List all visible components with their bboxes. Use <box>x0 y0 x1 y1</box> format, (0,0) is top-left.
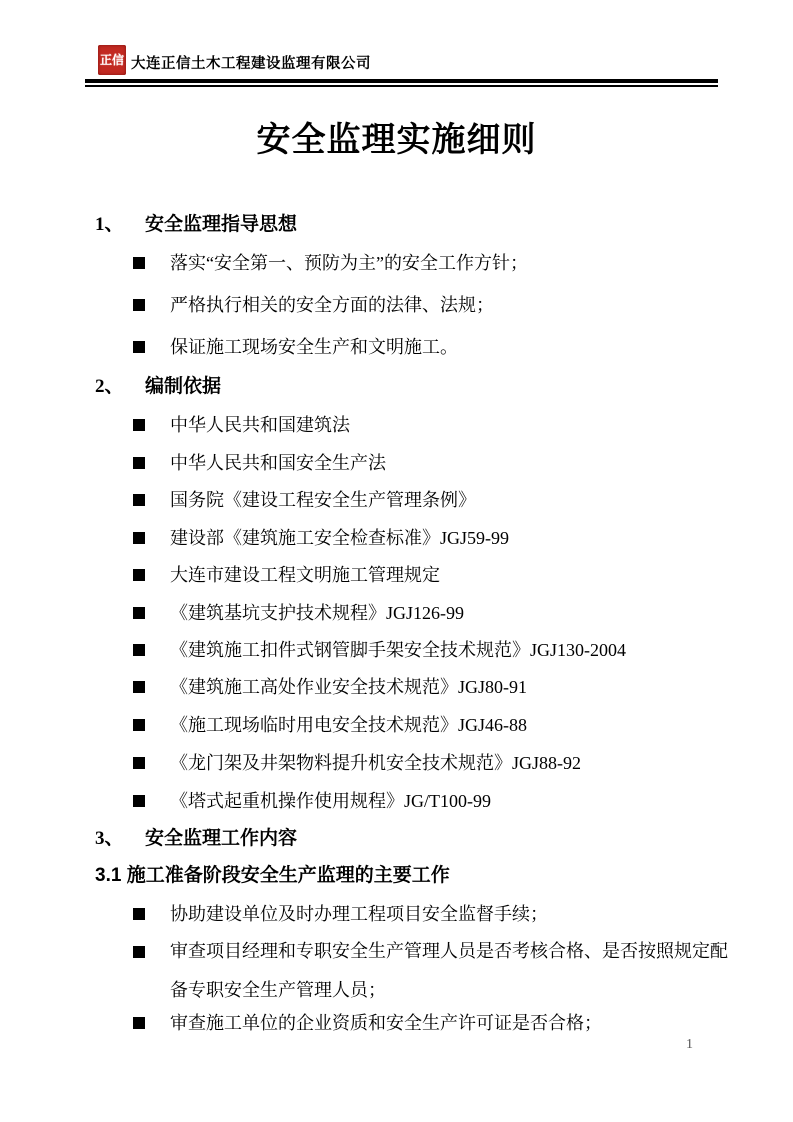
bullet-square-icon <box>133 607 145 619</box>
section-1-number: 1、 <box>95 212 124 238</box>
bullet-text: 严格执行相关的安全方面的法律、法规； <box>170 292 736 318</box>
bullet-square-icon <box>133 757 145 769</box>
bullet-square-icon <box>133 908 145 920</box>
bullet-item: 中华人民共和国安全生产法 <box>0 450 793 476</box>
bullet-item: 中华人民共和国建筑法 <box>0 412 793 438</box>
bullet-square-icon <box>133 681 145 693</box>
bullet-text: 中华人民共和国建筑法 <box>170 412 736 438</box>
section-3-number: 3、 <box>95 826 124 852</box>
bullet-item: 大连市建设工程文明施工管理规定 <box>0 562 793 588</box>
bullet-item: 《施工现场临时用电安全技术规范》JGJ46-88 <box>0 712 793 738</box>
document-title: 安全监理实施细则 <box>0 118 793 162</box>
bullet-text: 大连市建设工程文明施工管理规定 <box>170 562 736 588</box>
bullet-text: 审查项目经理和专职安全生产管理人员是否考核合格、是否按照规定配备专职安全生产管理… <box>170 932 736 1010</box>
bullet-text: 国务院《建设工程安全生产管理条例》 <box>170 487 736 513</box>
bullet-item: 《建筑基坑支护技术规程》JGJ126-99 <box>0 600 793 626</box>
section-2-heading: 编制依据 <box>145 374 221 400</box>
bullet-item: 《建筑施工扣件式钢管脚手架安全技术规范》JGJ130-2004 <box>0 637 793 663</box>
bullet-square-icon <box>133 299 145 311</box>
bullet-square-icon <box>133 946 145 958</box>
bullet-square-icon <box>133 1017 145 1029</box>
section-3-1-subheading: 3.1 施工准备阶段安全生产监理的主要工作 <box>95 863 450 889</box>
document-page: { "page": { "header": { "logo_text": "正信… <box>0 0 793 1122</box>
section-1-heading-row: 1、 安全监理指导思想 <box>0 212 793 239</box>
bullet-square-icon <box>133 457 145 469</box>
bullet-text: 《建筑施工高处作业安全技术规范》JGJ80-91 <box>170 674 736 700</box>
bullet-text: 落实“安全第一、预防为主”的安全工作方针； <box>170 250 736 276</box>
bullet-item: 审查项目经理和专职安全生产管理人员是否考核合格、是否按照规定配备专职安全生产管理… <box>0 932 793 1010</box>
company-seal-logo: 正信 <box>98 45 126 75</box>
bullet-text: 《建筑施工扣件式钢管脚手架安全技术规范》JGJ130-2004 <box>170 637 736 663</box>
bullet-square-icon <box>133 494 145 506</box>
bullet-item: 严格执行相关的安全方面的法律、法规； <box>0 292 793 318</box>
bullet-square-icon <box>133 719 145 731</box>
bullet-text: 中华人民共和国安全生产法 <box>170 450 736 476</box>
bullet-square-icon <box>133 532 145 544</box>
bullet-item: 协助建设单位及时办理工程项目安全监督手续； <box>0 901 793 927</box>
bullet-text: 《建筑基坑支护技术规程》JGJ126-99 <box>170 600 736 626</box>
bullet-item: 审查施工单位的企业资质和安全生产许可证是否合格； <box>0 1010 793 1036</box>
bullet-square-icon <box>133 644 145 656</box>
bullet-item: 《塔式起重机操作使用规程》JG/T100-99 <box>0 788 793 814</box>
bullet-text: 协助建设单位及时办理工程项目安全监督手续； <box>170 901 736 927</box>
section-3-heading-row: 3、 安全监理工作内容 <box>0 826 793 853</box>
bullet-item: 落实“安全第一、预防为主”的安全工作方针； <box>0 250 793 276</box>
header-rule-thin-line <box>85 85 718 87</box>
company-name: 大连正信土木工程建设监理有限公司 <box>131 52 371 73</box>
bullet-square-icon <box>133 257 145 269</box>
bullet-text: 保证施工现场安全生产和文明施工。 <box>170 334 736 360</box>
bullet-item: 保证施工现场安全生产和文明施工。 <box>0 334 793 360</box>
bullet-item: 建设部《建筑施工安全检查标准》JGJ59-99 <box>0 525 793 551</box>
seal-logo-text: 正信 <box>100 54 124 66</box>
bullet-text: 《施工现场临时用电安全技术规范》JGJ46-88 <box>170 712 736 738</box>
bullet-square-icon <box>133 341 145 353</box>
header-rule <box>85 79 718 87</box>
section-2-number: 2、 <box>95 374 124 400</box>
bullet-text: 《龙门架及井架物料提升机安全技术规范》JGJ88-92 <box>170 750 736 776</box>
bullet-text: 审查施工单位的企业资质和安全生产许可证是否合格； <box>170 1010 736 1036</box>
page-number: 1 <box>686 1037 693 1053</box>
section-3-heading: 安全监理工作内容 <box>145 826 297 852</box>
section-2-heading-row: 2、 编制依据 <box>0 374 793 401</box>
header-rule-thick-line <box>85 79 718 83</box>
bullet-square-icon <box>133 569 145 581</box>
bullet-square-icon <box>133 419 145 431</box>
bullet-text: 建设部《建筑施工安全检查标准》JGJ59-99 <box>170 525 736 551</box>
bullet-item: 《龙门架及井架物料提升机安全技术规范》JGJ88-92 <box>0 750 793 776</box>
bullet-text: 《塔式起重机操作使用规程》JG/T100-99 <box>170 788 736 814</box>
bullet-square-icon <box>133 795 145 807</box>
section-1-heading: 安全监理指导思想 <box>145 212 297 238</box>
bullet-item: 《建筑施工高处作业安全技术规范》JGJ80-91 <box>0 674 793 700</box>
bullet-item: 国务院《建设工程安全生产管理条例》 <box>0 487 793 513</box>
